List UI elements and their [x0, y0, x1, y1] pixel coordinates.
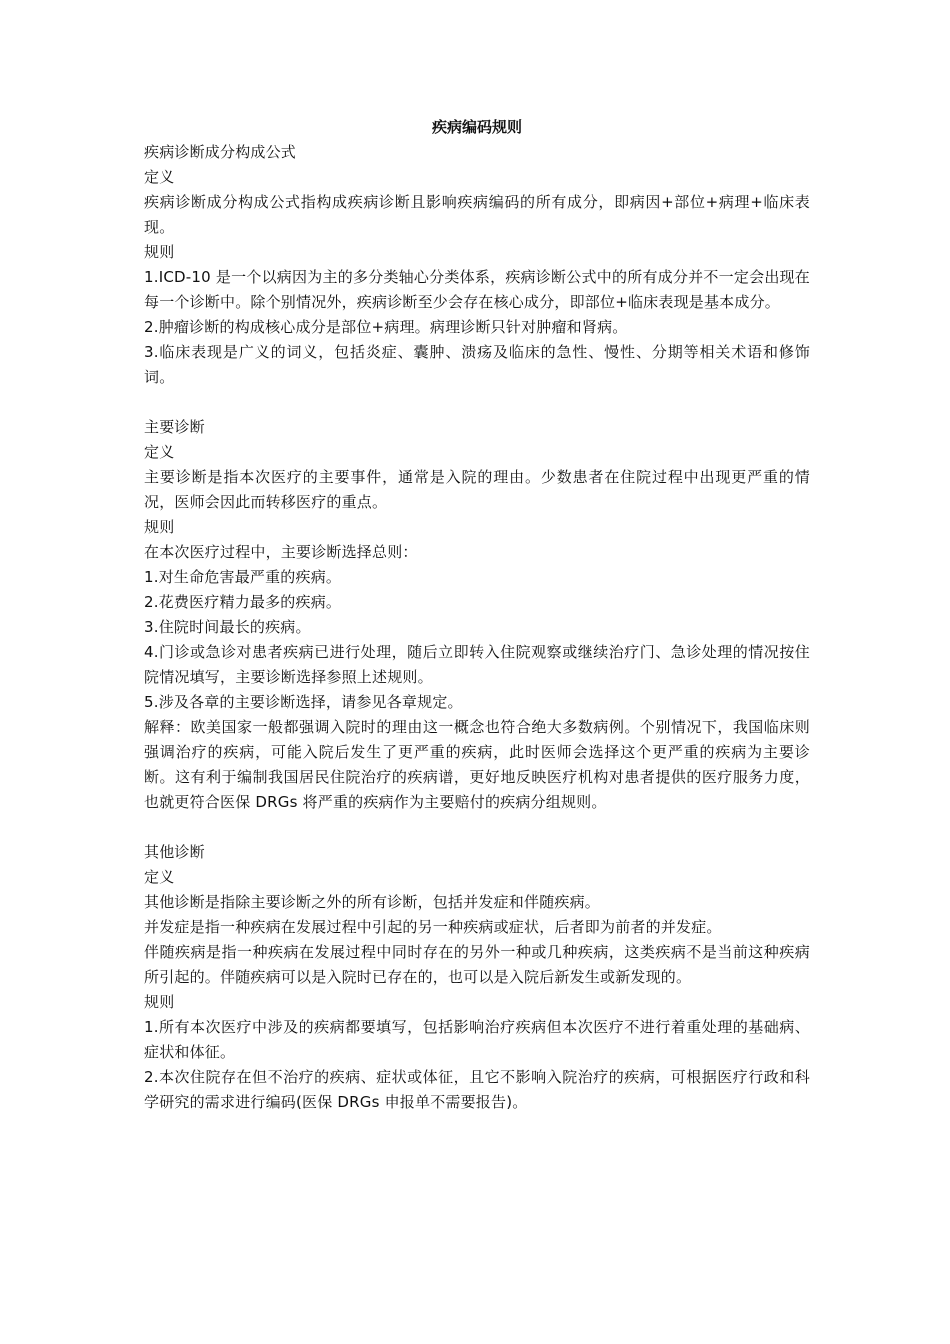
- document-page: 疾病编码规则 疾病诊断成分构成公式 定义 疾病诊断成分构成公式指构成疾病诊断且影…: [144, 115, 810, 1115]
- definition-label: 定义: [144, 165, 810, 190]
- rule-item: 2.肿瘤诊断的构成核心成分是部位+病理。病理诊断只针对肿瘤和肾病。: [144, 315, 810, 340]
- rules-label: 规则: [144, 515, 810, 540]
- rule-item: 4.门诊或急诊对患者疾病已进行处理，随后立即转入住院观察或继续治疗门、急诊处理的…: [144, 640, 810, 690]
- definition-label: 定义: [144, 865, 810, 890]
- rule-item: 3.临床表现是广义的词义，包括炎症、囊肿、溃疡及临床的急性、慢性、分期等相关术语…: [144, 340, 810, 390]
- rule-item: 1.对生命危害最严重的疾病。: [144, 565, 810, 590]
- section-diagnosis-formula: 疾病诊断成分构成公式 定义 疾病诊断成分构成公式指构成疾病诊断且影响疾病编码的所…: [144, 140, 810, 390]
- rule-item: 1.所有本次医疗中涉及的疾病都要填写，包括影响治疗疾病但本次医疗不进行着重处理的…: [144, 1015, 810, 1065]
- complication-definition: 并发症是指一种疾病在发展过程中引起的另一种疾病或症状，后者即为前者的并发症。: [144, 915, 810, 940]
- rules-intro: 在本次医疗过程中，主要诊断选择总则：: [144, 540, 810, 565]
- section-heading: 疾病诊断成分构成公式: [144, 140, 810, 165]
- rule-item: 3.住院时间最长的疾病。: [144, 615, 810, 640]
- rule-item: 5.涉及各章的主要诊断选择，请参见各章规定。: [144, 690, 810, 715]
- paragraph-spacer: [144, 815, 810, 840]
- rules-label: 规则: [144, 240, 810, 265]
- explanation-text: 解释：欧美国家一般都强调入院时的理由这一概念也符合绝大多数病例。个别情况下，我国…: [144, 715, 810, 815]
- rule-item: 2.本次住院存在但不治疗的疾病、症状或体征，且它不影响入院治疗的疾病，可根据医疗…: [144, 1065, 810, 1115]
- paragraph-spacer: [144, 390, 810, 415]
- comorbidity-definition: 伴随疾病是指一种疾病在发展过程中同时存在的另外一种或几种疾病，这类疾病不是当前这…: [144, 940, 810, 990]
- definition-text: 其他诊断是指除主要诊断之外的所有诊断，包括并发症和伴随疾病。: [144, 890, 810, 915]
- definition-text: 主要诊断是指本次医疗的主要事件，通常是入院的理由。少数患者在住院过程中出现更严重…: [144, 465, 810, 515]
- section-heading: 其他诊断: [144, 840, 810, 865]
- rule-item: 2.花费医疗精力最多的疾病。: [144, 590, 810, 615]
- rule-item: 1.ICD-10 是一个以病因为主的多分类轴心分类体系，疾病诊断公式中的所有成分…: [144, 265, 810, 315]
- document-title: 疾病编码规则: [144, 115, 810, 140]
- rules-label: 规则: [144, 990, 810, 1015]
- section-heading: 主要诊断: [144, 415, 810, 440]
- section-principal-diagnosis: 主要诊断 定义 主要诊断是指本次医疗的主要事件，通常是入院的理由。少数患者在住院…: [144, 415, 810, 815]
- definition-label: 定义: [144, 440, 810, 465]
- section-other-diagnosis: 其他诊断 定义 其他诊断是指除主要诊断之外的所有诊断，包括并发症和伴随疾病。 并…: [144, 840, 810, 1115]
- definition-text: 疾病诊断成分构成公式指构成疾病诊断且影响疾病编码的所有成分，即病因+部位+病理+…: [144, 190, 810, 240]
